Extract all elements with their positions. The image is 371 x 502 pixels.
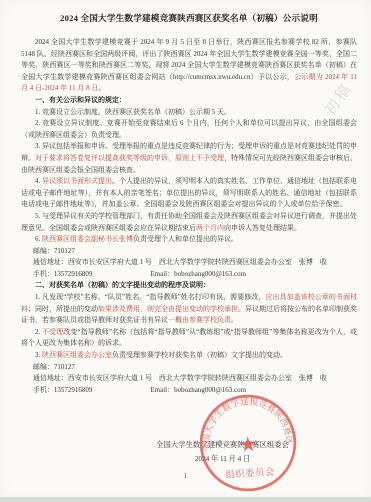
paragraph: 2024 全国大学生数学建模竞赛于 2024 年 9 月 5 日至 8 日举行，… (21, 37, 357, 95)
paragraph: 1. 凡发现“学校”名称、“队员”姓名、“指导教师”姓名打印有误，需要修改，应出… (21, 292, 357, 327)
paragraph: 2. 不受理改变“指导教师”名称（包括将“指导教师”从“教练组”或“指导教师组”… (21, 327, 357, 350)
paragraph: 2. 竞赛设立异议制度。竞赛开始至竞赛结束后 6 个月内，任何个人和单位可以提出… (21, 118, 357, 141)
page-number: 1 (0, 472, 371, 480)
document-page: 2024 全国大学生数学建模竞赛陕西赛区获奖名单（初稿）公示说明 2024 全国… (0, 0, 371, 502)
text-segment: 3. (35, 351, 42, 359)
text-segment: 2. 竞赛设立异议制度。竞赛开始至竞赛结束后 6 个月内，任何个人和单位可以提出… (21, 119, 357, 139)
red-text-segment: 陕西赛区组委会办公室 (42, 351, 112, 359)
section-heading: 二、对获奖名单（初稿）的文字提出变动的程序及说明： (21, 280, 357, 292)
text-segment: 1. 竞赛设立公示制度。陕西赛区获奖名单（初稿）公示期 5 天。 (35, 108, 231, 116)
red-text-segment: 两个月内 (196, 224, 224, 232)
text-segment: 一、有关公示和异议的规定： (35, 96, 126, 104)
paragraph: 邮编：710127 (21, 362, 357, 374)
page-title: 2024 全国大学生数学建模竞赛陕西赛区获奖名单（初稿）公示说明 (21, 12, 357, 24)
text-segment: 二、对获奖名单（初稿）的文字提出变动的程序及说明： (35, 281, 210, 289)
paragraph: 1. 竞赛设立公示制度。陕西赛区获奖名单（初稿）公示期 5 天。 (21, 107, 357, 119)
paragraph: 手机：13572916809Email：bobozhang000@163.com (21, 385, 357, 397)
text-segment: 5. 与受理异议有关的学校管理部门，有责任协助全国组委会及陕西赛区组委会对异议进… (21, 212, 357, 232)
paragraph: 6. 陕西赛区组委会副秘书长张博负责受理个人和单位提出的异议。 (21, 234, 357, 246)
paragraph: 手机：13572916809Email：bobozhang000@163.com (21, 269, 357, 281)
text-segment: 邮编：710127 (33, 363, 75, 371)
text-segment: 负责受理参赛学校对获奖名单（初稿）文字提出的变动。 (112, 351, 287, 359)
text-segment: 通信地址：西安市长安区学府大道 1 号 西北大学数学学院转陕西赛区组委会办公室 … (33, 374, 327, 382)
paragraph: 4. 异议须以书面形式提出。个人提出的异议，须写明本人的真实姓名、工作单位、通信… (21, 176, 357, 211)
red-text-segment: 如果涉及费用，则完全由提出变动的学校承担 (98, 305, 238, 313)
paragraph: 3. 异议包括举报和申诉。受理举报的重点是违反竞赛纪律的行为；受理申诉的重点是对… (21, 141, 357, 176)
red-text-segment: 异议须以书面形式提出 (42, 177, 112, 185)
text-segment: 手机：13572916809 (33, 270, 93, 278)
page-edge-shadow (0, 497, 371, 502)
text-segment: 1. 凡发现“学校”名称、“队员”姓名、“指导教师”姓名打印有误，需要修改， (35, 293, 265, 301)
paragraph: 通信地址：西安市长安区学府大道 1 号 西北大学数学学院转陕西赛区组委会办公室 … (21, 373, 357, 385)
red-text-segment: 对于要求将答卷复评以提高获奖等级的申诉，原则上不予受理 (35, 154, 224, 162)
text-segment: 通信地址：西安市长安区学府大道 1 号 西北大学数学学院转陕西赛区组委会办公室 … (33, 258, 327, 266)
red-text-segment: 陕西赛区组委会副秘书长张博 (42, 235, 133, 243)
section-heading: 一、有关公示和异议的规定： (21, 95, 357, 107)
document-content: 2024 全国大学生数学建模竞赛陕西赛区获奖名单（初稿）公示说明 2024 全国… (21, 8, 357, 396)
text-segment: Email：bobozhang000@163.com (150, 270, 246, 278)
document-body: 2024 全国大学生数学建模竞赛于 2024 年 9 月 5 日至 8 日举行，… (21, 37, 357, 396)
text-segment: Email：bobozhang000@163.com (150, 386, 246, 394)
text-segment: 。 (98, 84, 105, 92)
text-segment: 手机：13572916809 (33, 386, 93, 394)
signature-block: 全国大学生数学建模竞赛陕西赛区组委会 2024 年 11 月 4 日 (0, 438, 371, 466)
red-text-segment: 一概由参赛学校负责 (168, 316, 231, 324)
paragraph: 邮编：710127 (21, 246, 357, 258)
text-segment: 4. (35, 177, 42, 185)
text-segment: 改变“指导教师”名称（包括将“指导教师”从“教练组”或“指导教师组”等集体名称更… (21, 328, 357, 348)
text-segment: 。 (231, 316, 238, 324)
text-segment: 向申诉人答复处理结果。 (224, 224, 301, 232)
paragraph: 通信地址：西安市长安区学府大道 1 号 西北大学数学学院转陕西赛区组委会办公室 … (21, 257, 357, 269)
paragraph: 5. 与受理异议有关的学校管理部门，有责任协助全国组委会及陕西赛区组委会对异议进… (21, 211, 357, 234)
signing-date: 2024 年 11 月 4 日 (74, 452, 371, 466)
text-segment: 6. (35, 235, 42, 243)
red-text-segment: 不受理 (42, 328, 63, 336)
text-segment: ；同时，所提出的变动 (28, 305, 98, 313)
text-segment: 邮编：710127 (33, 247, 75, 255)
text-segment: 负责受理个人和单位提出的异议。 (133, 235, 238, 243)
paragraph: 3. 陕西赛区组委会办公室负责受理参赛学校对获奖名单（初稿）文字提出的变动。 (21, 350, 357, 362)
signing-organization: 全国大学生数学建模竞赛陕西赛区组委会 (74, 438, 371, 452)
